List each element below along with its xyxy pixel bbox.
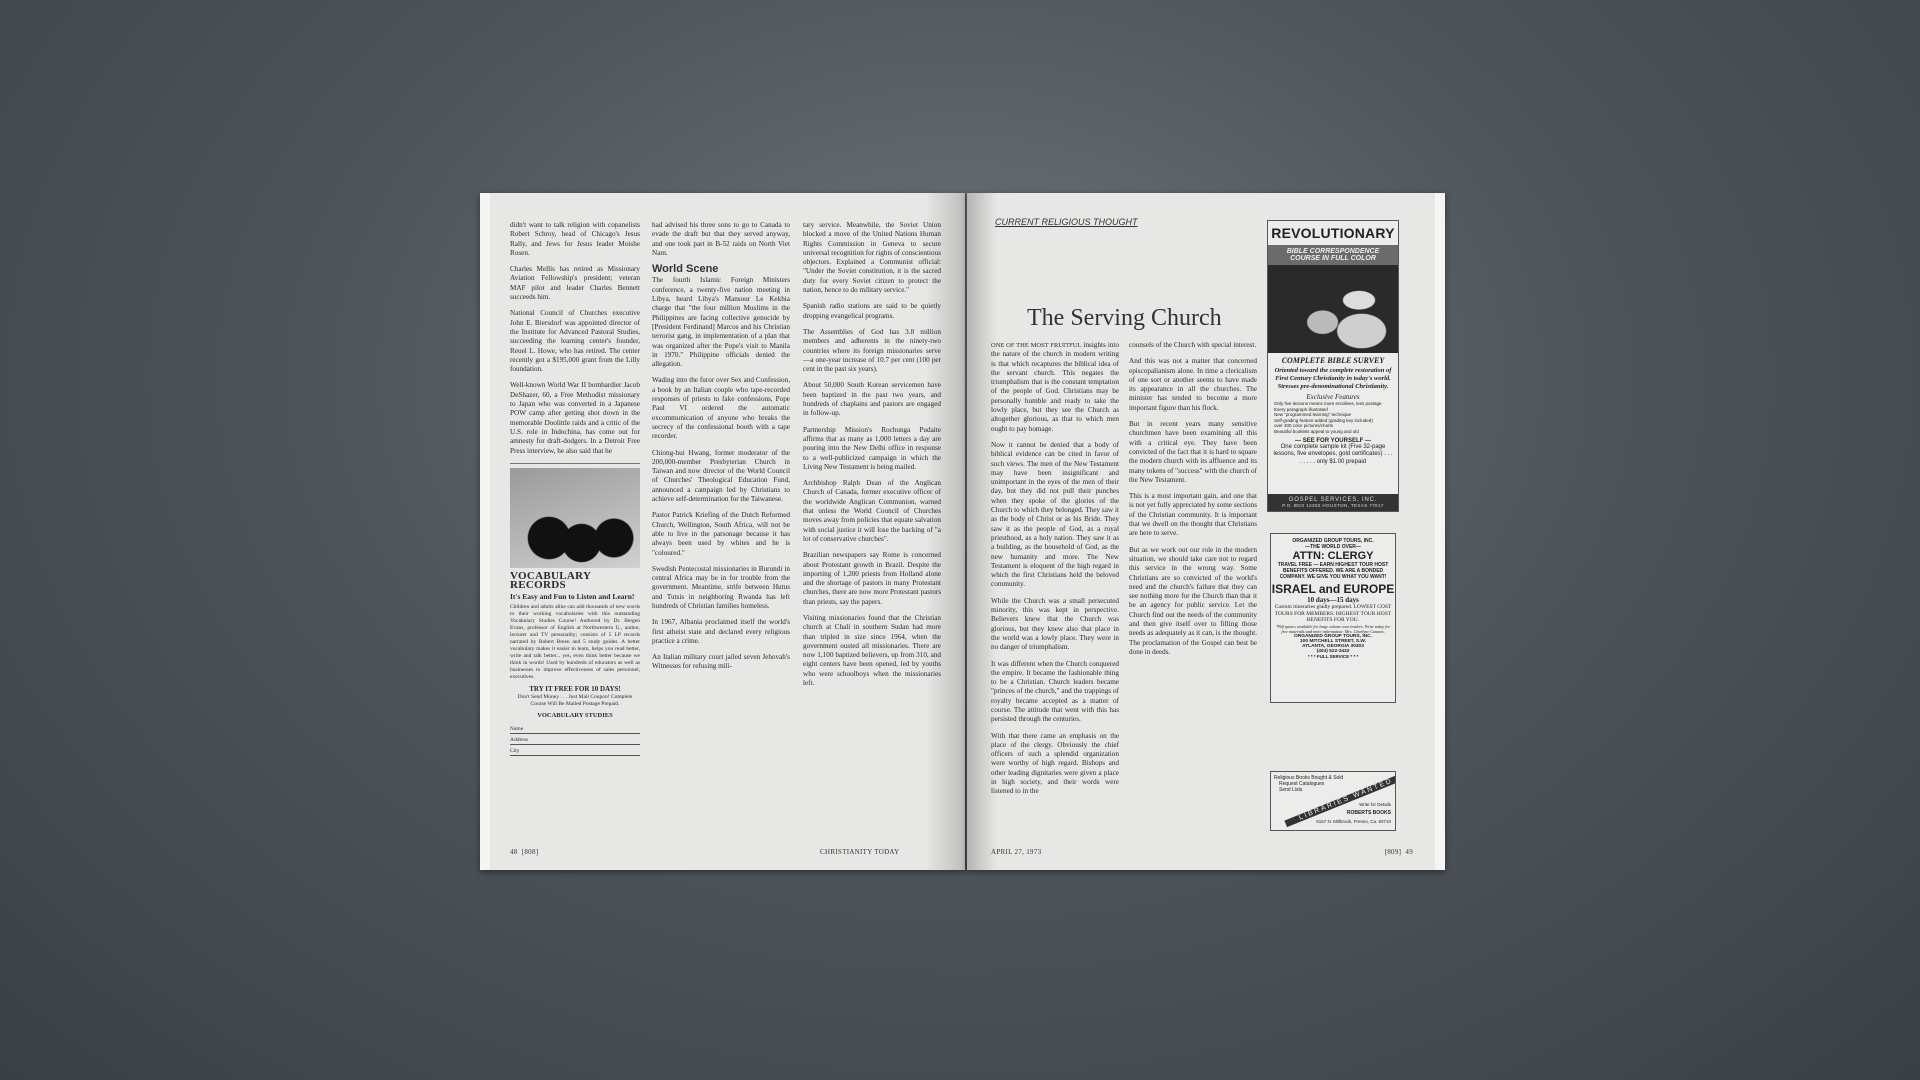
right-folio: [809] 49 <box>1385 848 1413 856</box>
destination: ISRAEL and EUROPE <box>1271 582 1395 596</box>
paragraph: The Assemblies of God has 3.8 million me… <box>803 328 941 374</box>
ad-body: Children and adults alike can add thousa… <box>510 604 640 681</box>
ad-company: VOCABULARY STUDIES <box>510 711 640 720</box>
ad-pitch: Oriented toward the complete restoration… <box>1268 365 1398 393</box>
paragraph: ONE OF THE MOST FRUITFUL insights into t… <box>991 341 1119 434</box>
magazine-spread: didn't want to talk religion with copane… <box>480 193 1445 870</box>
left-col-1: didn't want to talk religion with copane… <box>510 221 640 759</box>
paragraph: With that there came an emphasis on the … <box>991 732 1119 797</box>
magazine-name: CHRISTIANITY TODAY <box>820 848 900 856</box>
paragraph: Brazilian newspapers say Rome is concern… <box>803 551 941 607</box>
right-col-2: counsels of the Church with special inte… <box>1129 341 1257 664</box>
coupon-form[interactable]: Name Address City <box>510 726 640 756</box>
paragraph: had advised his three sons to go to Cana… <box>652 221 790 258</box>
paragraph: It was different when the Church conquer… <box>991 660 1119 725</box>
paragraph: Pastor Patrick Kriefing of the Dutch Ref… <box>652 511 790 557</box>
ad-offer: One complete sample kit (Five 32-page le… <box>1268 444 1398 467</box>
features-title: Exclusive Features <box>1268 393 1398 401</box>
vocabulary-ad: VOCABULARY RECORDS It's Easy and Fun to … <box>510 468 640 756</box>
paragraph: counsels of the Church with special inte… <box>1129 341 1257 350</box>
paragraph: Well-known World War II bombardier Jacob… <box>510 381 640 455</box>
left-col-2: had advised his three sons to go to Cana… <box>652 221 790 679</box>
paragraph: Spanish radio stations are said to be qu… <box>803 302 941 321</box>
ad-footer: GOSPEL SERVICES, INC. P.O. BOX 12302 HOU… <box>1268 494 1398 511</box>
article-title: The Serving Church <box>1027 305 1222 332</box>
section-kicker: CURRENT RELIGIOUS THOUGHT <box>995 217 1138 227</box>
features-list: Only five lessons means more enrollees, … <box>1268 401 1398 435</box>
paragraph: An Italian military court jailed seven J… <box>652 653 790 672</box>
woman-with-booklet-photo <box>1268 265 1398 353</box>
issue-date: APRIL 27, 1973 <box>991 848 1041 856</box>
paragraph: But as we work out our role in the moder… <box>1129 546 1257 658</box>
section-title: World Scene <box>652 265 790 274</box>
ad-subhead: It's Easy and Fun to Listen and Learn! <box>510 592 640 601</box>
paragraph: Charles Mellis has retired as Missionary… <box>510 265 640 302</box>
books-ad: Religious Books Bought & Sold Request Ca… <box>1270 771 1396 831</box>
paragraph: While the Church was a small persecuted … <box>991 597 1119 653</box>
paragraph: Swedish Pentecostal missionaries in Buru… <box>652 565 790 611</box>
records-photo <box>510 468 640 568</box>
tours-ad: ORGANIZED GROUP TOURS, INC. —THE WORLD O… <box>1270 533 1396 703</box>
paragraph: didn't want to talk religion with copane… <box>510 221 640 258</box>
paragraph: Archbishop Ralph Dean of the Anglican Ch… <box>803 479 941 544</box>
ad-offer: TRY IT FREE FOR 10 DAYS! <box>510 685 640 694</box>
ad-subhead: BIBLE CORRESPONDENCE COURSE IN FULL COLO… <box>1268 245 1398 265</box>
ad-product: COMPLETE BIBLE SURVEY <box>1268 356 1398 365</box>
left-col-3: tary service. Meanwhile, the Soviet Unio… <box>803 221 941 695</box>
paragraph: And this was not a matter that concerned… <box>1129 357 1257 413</box>
paragraph: Partnership Mission's Rochunga Pudaite a… <box>803 426 941 472</box>
divider <box>510 463 640 464</box>
ad-headline: REVOLUTIONARY <box>1268 221 1398 245</box>
left-folio: 48 [808] <box>510 848 538 856</box>
paragraph: But in recent years many sensitive churc… <box>1129 420 1257 485</box>
paragraph: Wading into the furor over Sex and Confe… <box>652 376 790 441</box>
paragraph: National Council of Churches executive J… <box>510 309 640 374</box>
ad-headline: VOCABULARY RECORDS <box>510 572 640 591</box>
left-page: didn't want to talk religion with copane… <box>480 193 965 870</box>
bible-course-ad: REVOLUTIONARY BIBLE CORRESPONDENCE COURS… <box>1267 220 1399 512</box>
paragraph: Chiong-hui Hwang, former moderator of th… <box>652 449 790 505</box>
address-field[interactable]: Address <box>510 737 640 745</box>
paragraph: Visiting missionaries found that the Chr… <box>803 614 941 688</box>
city-field[interactable]: City <box>510 748 640 756</box>
name-field[interactable]: Name <box>510 726 640 734</box>
ad-offer-sub: Don't Send Money . . . Just Mail Coupon!… <box>510 694 640 708</box>
right-col-1: ONE OF THE MOST FRUITFUL insights into t… <box>991 341 1119 804</box>
ad-headline: ATTN: CLERGY <box>1271 550 1395 562</box>
paragraph: This is a most important gain, and one t… <box>1129 492 1257 538</box>
paragraph: In 1967, Albania proclaimed itself the w… <box>652 618 790 646</box>
paragraph: Now it cannot be denied that a body of b… <box>991 441 1119 590</box>
right-page: CURRENT RELIGIOUS THOUGHT The Serving Ch… <box>967 193 1445 870</box>
paragraph: tary service. Meanwhile, the Soviet Unio… <box>803 221 941 295</box>
paragraph: The fourth Islamic Foreign Ministers con… <box>652 276 790 369</box>
paragraph: About 50,000 South Korean servicemen hav… <box>803 381 941 418</box>
